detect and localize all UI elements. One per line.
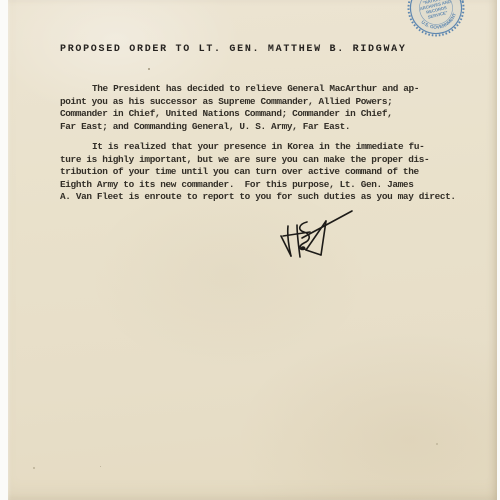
text-line: The President has decided to relieve Gen… xyxy=(60,83,464,96)
paragraph-2: It is realized that your presence in Kor… xyxy=(60,141,464,204)
text-line: ture is highly important, but we are sur… xyxy=(60,154,464,167)
text-line: Far East; and Commanding General, U. S. … xyxy=(60,121,464,134)
scanned-document: U.S. GOVERNMENT "NATIONAL ARCHIVES AND R… xyxy=(0,0,500,500)
text-line: tribution of your time until you can tur… xyxy=(60,166,464,179)
paper-speck xyxy=(436,443,438,445)
text-line: Commander in Chief, United Nations Comma… xyxy=(60,108,464,121)
paper-speck xyxy=(33,467,35,469)
text-line: A. Van Fleet is enroute to report to you… xyxy=(60,191,464,204)
truman-signature-hst xyxy=(270,203,370,273)
document-title: PROPOSED ORDER TO LT. GEN. MATTHEW B. RI… xyxy=(60,44,407,55)
archives-stamp-icon: U.S. GOVERNMENT "NATIONAL ARCHIVES AND R… xyxy=(403,0,469,40)
text-line: point you as his successor as Supreme Co… xyxy=(60,96,464,109)
signature-stroke xyxy=(306,250,321,255)
text-line: It is realized that your presence in Kor… xyxy=(60,141,464,154)
paper-speck xyxy=(100,466,101,467)
signature-ink-blot xyxy=(301,246,306,250)
text-line: Eighth Army to its new commander. For th… xyxy=(60,179,464,192)
paper-sheet xyxy=(8,0,497,500)
paper-speck xyxy=(148,68,150,70)
signature-flourish xyxy=(302,211,352,238)
paragraph-1: The President has decided to relieve Gen… xyxy=(60,83,464,133)
